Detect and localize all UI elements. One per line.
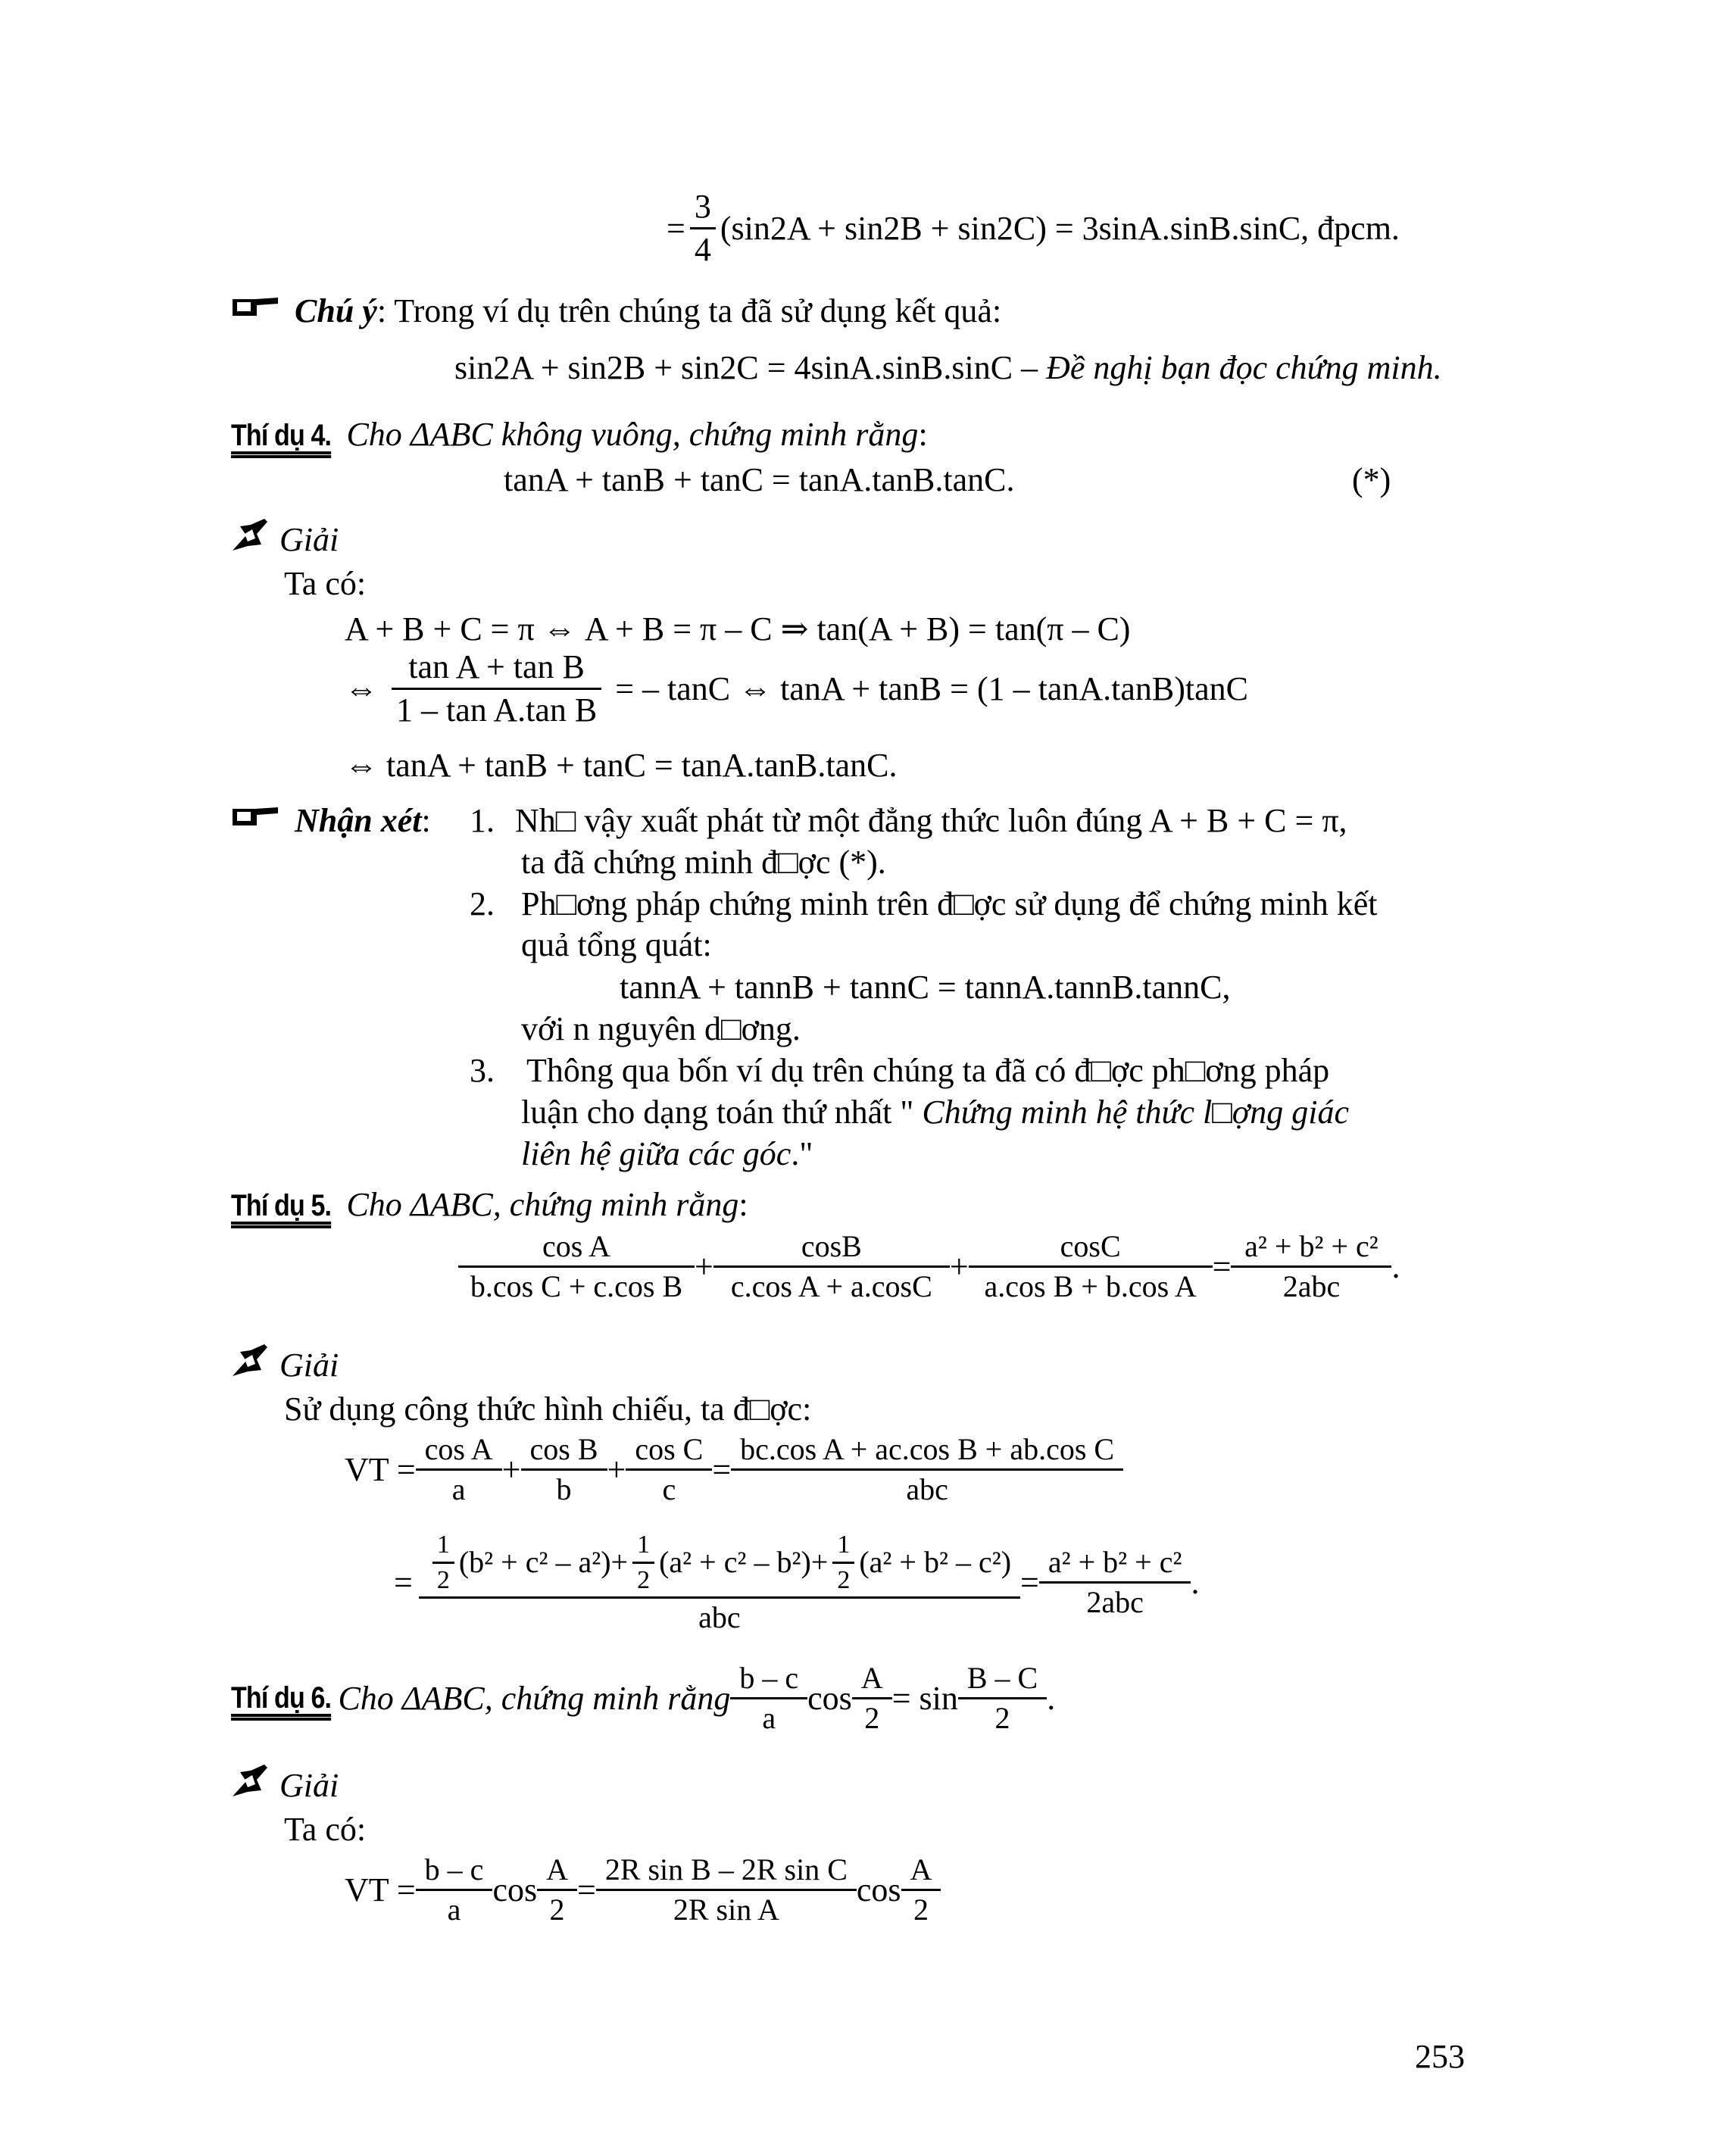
remark-item-3-line-2: luận cho dạng toán thứ nhất " Chứng minh… — [521, 1093, 1349, 1131]
remark-item-2-formula: tannA + tannB + tannC = tannA.tannB.tann… — [620, 968, 1230, 1006]
solution-intro: Sử dụng công thức hình chiếu, ta đ□ợc: — [284, 1390, 811, 1428]
example-6-vt: VT = b – ca cos A2 = 2R sin B – 2R sin C… — [345, 1854, 941, 1926]
equation-tag: (*) — [1352, 460, 1391, 499]
example-5-title-line: Thí dụ 5. Cho ΔABC, chứng minh rằng: — [231, 1185, 748, 1224]
remark-label: Nhận xét — [295, 801, 421, 840]
writing-hand-icon — [231, 1765, 270, 1806]
remark-item-2-after: với n nguyên d□ơng. — [521, 1010, 801, 1048]
note-label: Chú ý — [295, 292, 377, 330]
ta-co-text: Ta có: — [284, 1810, 366, 1849]
note-remark: Đề nghị bạn đọc chứng minh. — [1046, 349, 1442, 386]
intro-equation: = 3 4 (sin2A + sin2B + sin2C) = 3sinA.si… — [667, 189, 1400, 267]
example-5-heading: Thí dụ 5. — [231, 1189, 331, 1223]
example-4-formula: tanA + tanB + tanC = tanA.tanB.tanC. — [504, 460, 1014, 499]
vt-expansion: VT = cos Aa + cos Bb + cos Cc = bc.cos A… — [345, 1434, 1123, 1506]
example-4-title-line: Thí dụ 4. Cho ΔABC không vuông, chứng mi… — [231, 415, 928, 454]
example-6-solution-label: Giải — [231, 1765, 339, 1806]
remark-item-3-line-3: liên hệ giữa các góc." — [521, 1134, 813, 1173]
remark-item-number: 2. — [470, 885, 495, 923]
note-formula: sin2A + sin2B + sin2C = 4sinA.sinB.sinC — [454, 349, 1013, 386]
example-6-heading: Thí dụ 6. — [231, 1681, 331, 1715]
example-4-heading: Thí dụ 4. — [231, 419, 331, 453]
example-4-solution-label: Giải — [231, 519, 339, 560]
solution-line-3: ⇔ tanA + tanB + tanC = tanA.tanB.tanC. — [345, 746, 897, 785]
remark-item-2-line-2: quả tổng quát: — [521, 925, 712, 964]
remark-item-1-line-1: Nh□ vậy xuất phát từ một đẳng thức luôn … — [515, 801, 1347, 840]
remark-header: Nhận xét: — [231, 801, 431, 840]
page-number: 253 — [1415, 2037, 1465, 2076]
vt-step-2: = 12(b² + c² – a²)+ 12(a² + c² – b²)+ 12… — [394, 1531, 1199, 1634]
remark-item-number: 3. — [470, 1051, 495, 1090]
pointing-hand-icon — [231, 292, 284, 330]
fraction-three-quarters: 3 4 — [690, 189, 716, 267]
intro-equation-rest: (sin2A + sin2B + sin2C) = 3sinA.sinB.sin… — [720, 209, 1400, 248]
solution-line-1: A + B + C = π ⇔ A + B = π – C ⇒ tan(A + … — [345, 610, 1130, 648]
example-5-solution-label: Giải — [231, 1344, 339, 1386]
ta-co-text: Ta có: — [284, 564, 366, 603]
example-6-title-line: Thí dụ 6. Cho ΔABC, chứng minh rằng b – … — [231, 1662, 1055, 1734]
pointing-hand-icon — [231, 801, 284, 840]
remark-item-2-line-1: Ph□ơng pháp chứng minh trên đ□ợc sử dụng… — [521, 885, 1378, 923]
note-text: : Trong ví dụ trên chúng ta đã sử dụng k… — [377, 292, 1001, 330]
remark-item-number: 1. — [470, 801, 495, 840]
example-5-identity: cos Ab.cos C + c.cos B + cosBc.cos A + a… — [458, 1231, 1400, 1303]
writing-hand-icon — [231, 1344, 270, 1386]
note-paragraph: Chú ý : Trong ví dụ trên chúng ta đã sử … — [231, 292, 1001, 330]
writing-hand-icon — [231, 519, 270, 560]
solution-line-2: ⇔ tan A + tan B 1 – tan A.tan B = – tanC… — [345, 650, 1248, 728]
remark-item-3-line-1: Thông qua bốn ví dụ trên chúng ta đã có … — [526, 1051, 1329, 1090]
remark-item-1-line-2: ta đã chứng minh đ□ợc (*). — [521, 843, 886, 882]
equals-sign: = — [667, 209, 685, 248]
note-formula-line: sin2A + sin2B + sin2C = 4sinA.sinB.sinC … — [454, 348, 1442, 387]
